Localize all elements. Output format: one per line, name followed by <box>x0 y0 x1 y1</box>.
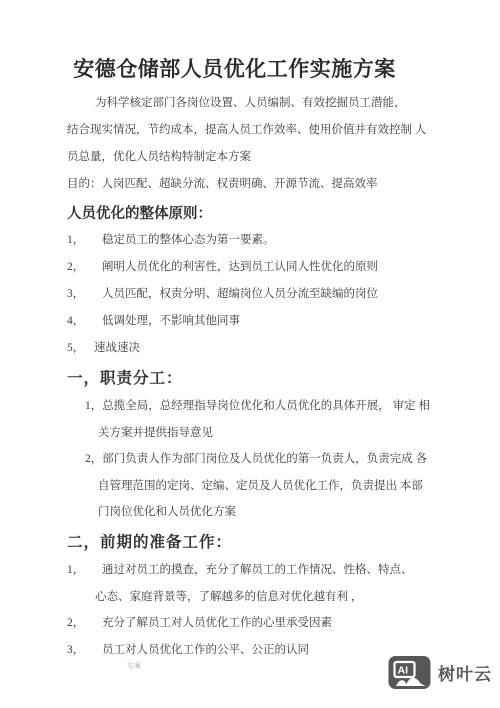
list-item: 1，稳定员工的整体心态为第一要素。 <box>67 227 442 254</box>
list-item-number: 5， <box>67 335 94 362</box>
list-item-continuation: 关方案并提供指导意见 <box>67 420 442 447</box>
paragraph-line: 为科学核定部门各岗位设置、人员编制、有效挖掘员工潜能， <box>67 90 442 117</box>
list-item: 2，充分了解员工对人员优化工作的心里承受因素 <box>67 610 442 637</box>
list-item: 3，员工对人员优化工作的公平、公正的认同 <box>67 637 442 664</box>
document-page: 安德仓储部人员优化工作实施方案 为科学核定部门各岗位设置、人员编制、有效挖掘员工… <box>0 0 500 708</box>
list-item: 2，阐明人员优化的利害性，达到员工认同人性优化的原则 <box>67 254 442 281</box>
list-item: 1，通过对员工的摸查，充分了解员工的工作情况、性格、特点、 <box>67 557 442 584</box>
list-item-text: 低调处理，不影响其他同事 <box>102 308 442 335</box>
list-item-number: 1， <box>67 557 102 584</box>
list-item-continuation: 门岗位优化和人员优化方案 <box>67 499 442 526</box>
document-body: 为科学核定部门各岗位设置、人员编制、有效挖掘员工潜能，结合现实情况，节约成本，提… <box>67 90 442 664</box>
list-item-continuation: 自管理范围的定岗、定编、定员及人员优化工作，负责提出 本部 <box>67 473 442 500</box>
section-heading: 人员优化的整体原则： <box>67 202 442 227</box>
svg-text:AI: AI <box>398 665 409 677</box>
list-item-text: 阐明人员优化的利害性，达到员工认同人性优化的原则 <box>102 254 442 281</box>
list-item-continuation: 心态、家庭背景等，了解越多的信息对优化越有利 ， <box>67 584 442 611</box>
list-item-number: 2， <box>67 610 102 637</box>
list-item: 1，总揽全局，总经理指导岗位优化和人员优化的具体开展， 审定 相 <box>67 393 442 420</box>
section-heading: 一，职责分工： <box>67 364 442 393</box>
paragraph-line: 结合现实情况，节约成本，提高人员工作效率、使用价值并有效控制 人 <box>67 117 442 144</box>
paragraph-line: 员总量，优化人员结构特制定本方案 <box>67 144 442 171</box>
list-item: 2，部门负责人作为部门岗位及人员优化的第一负责人，负责完成 各 <box>67 446 442 473</box>
list-item-number: 3， <box>67 281 102 308</box>
list-item: 3，人员匹配，权责分明、超编岗位人员分流至缺编的岗位 <box>67 281 442 308</box>
list-item-number: 4， <box>67 308 102 335</box>
section-heading: 二，前期的准备工作： <box>67 528 442 557</box>
ai-image-icon: AI <box>388 655 431 690</box>
list-item-text: 稳定员工的整体心态为第一要素。 <box>102 227 442 254</box>
list-item: 4，低调处理，不影响其他同事 <box>67 308 442 335</box>
watermark-logo: AI 树叶云 <box>388 655 492 690</box>
list-item-text: 充分了解员工对人员优化工作的心里承受因素 <box>102 610 442 637</box>
document-title: 安德仓储部人员优化工作实施方案 <box>67 54 442 84</box>
page-footer-label: 方案 <box>127 661 141 671</box>
list-item-number: 3， <box>67 637 102 664</box>
list-item-text: 通过对员工的摸查，充分了解员工的工作情况、性格、特点、 <box>102 557 442 584</box>
list-item-number: 1， <box>67 227 102 254</box>
list-item: 5，速战速决 <box>67 335 442 362</box>
paragraph-line: 目的：人岗匹配、超缺分流、权责明确、开源节流、提高效率 <box>67 171 442 198</box>
list-item-text: 速战速决 <box>94 335 442 362</box>
watermark-brand-text: 树叶云 <box>438 660 492 685</box>
list-item-number: 2， <box>67 254 102 281</box>
list-item-text: 人员匹配，权责分明、超编岗位人员分流至缺编的岗位 <box>102 281 442 308</box>
